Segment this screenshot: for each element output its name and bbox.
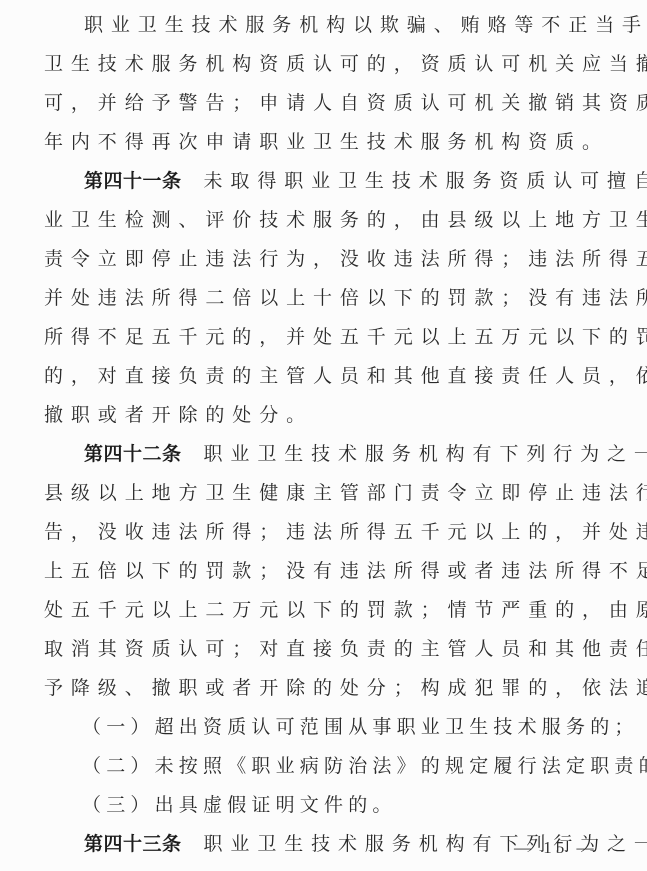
text-line: 卫生技术服务机构资质认可的，资质认可机关应当撤销其资质认 — [44, 45, 612, 84]
text-line: 县级以上地方卫生健康主管部门责令立即停止违法行为，给予警 — [44, 474, 612, 513]
text-line: 所得不足五千元的，并处五千元以上五万元以下的罚款；情节严重 — [44, 318, 612, 357]
article-42-first-line: 第四十二条职业卫生技术服务机构有下列行为之一的，由 — [44, 435, 612, 474]
page-number: — 15 — — [514, 838, 598, 858]
text-line: 的，对直接负责的主管人员和其他直接责任人员，依法给予降级、 — [44, 357, 612, 396]
article-heading: 第四十三条 — [84, 833, 182, 855]
article-heading: 第四十二条 — [84, 443, 182, 465]
article-heading: 第四十一条 — [84, 170, 182, 192]
text-line: 可，并给予警告；申请人自资质认可机关撤销其资质认可之日起三 — [44, 84, 612, 123]
text-line: 予降级、撤职或者开除的处分；构成犯罪的，依法追究刑事责任： — [44, 669, 612, 708]
text-line: 并处违法所得二倍以上十倍以下的罚款；没有违法所得或者违法 — [44, 279, 612, 318]
text-line: 告，没收违法所得；违法所得五千元以上的，并处违法所得二倍以 — [44, 513, 612, 552]
article-41-first-line: 第四十一条未取得职业卫生技术服务资质认可擅自从事职 — [44, 162, 612, 201]
text-line: 职业卫生技术服务机构以欺骗、贿赂等不正当手段取得职业 — [44, 6, 612, 45]
text-span: 职业卫生技术服务机构有下列行为之一的，由 — [204, 443, 647, 465]
list-item: （三）出具虚假证明文件的。 — [44, 786, 612, 825]
text-line: 上五倍以下的罚款；没有违法所得或者违法所得不足五千元的，并 — [44, 552, 612, 591]
text-line: 业卫生检测、评价技术服务的，由县级以上地方卫生健康主管部门 — [44, 201, 612, 240]
list-item: （二）未按照《职业病防治法》的规定履行法定职责的； — [44, 747, 612, 786]
text-span: 未取得职业卫生技术服务资质认可擅自从事职 — [204, 170, 647, 192]
text-line: 取消其资质认可；对直接负责的主管人员和其他责任人员，依法给 — [44, 630, 612, 669]
text-line: 撤职或者开除的处分。 — [44, 396, 612, 435]
document-page: 职业卫生技术服务机构以欺骗、贿赂等不正当手段取得职业 卫生技术服务机构资质认可的… — [44, 6, 612, 864]
list-item: （一）超出资质认可范围从事职业卫生技术服务的； — [44, 708, 612, 747]
text-line: 处五千元以上二万元以下的罚款；情节严重的，由原资质认可机关 — [44, 591, 612, 630]
text-line: 年内不得再次申请职业卫生技术服务机构资质。 — [44, 123, 612, 162]
text-line: 责令立即停止违法行为，没收违法所得；违法所得五千元以上的， — [44, 240, 612, 279]
